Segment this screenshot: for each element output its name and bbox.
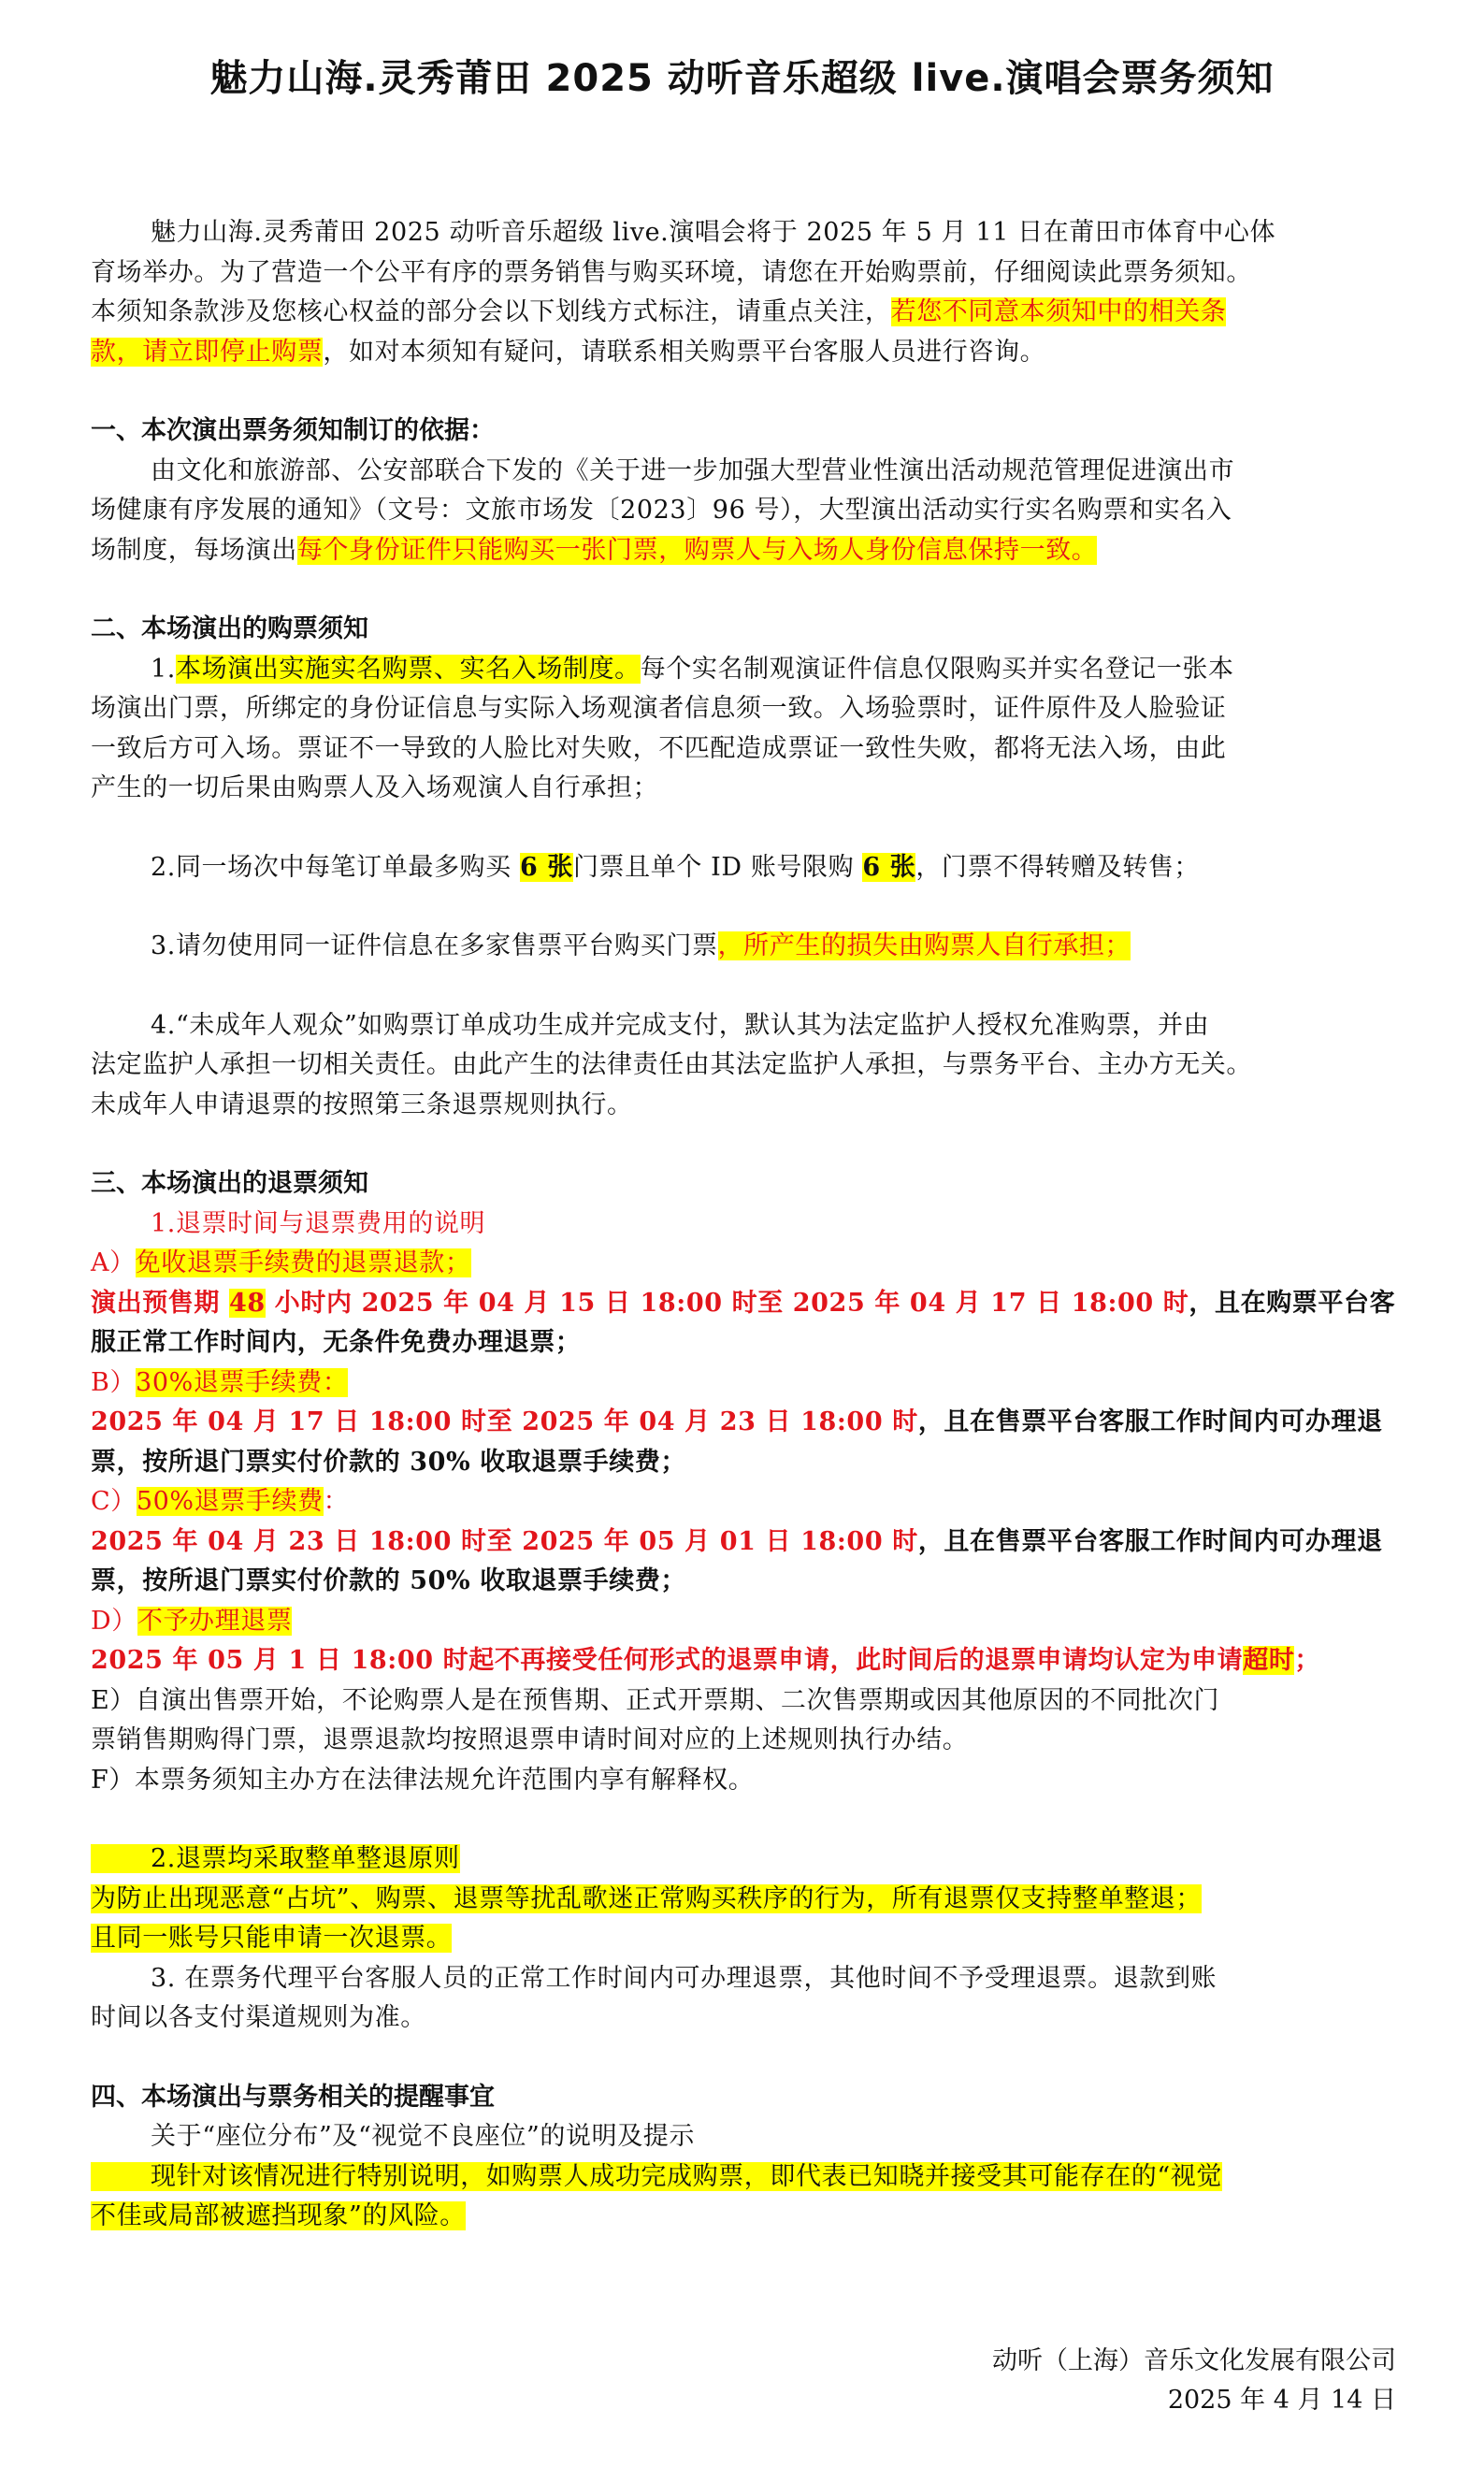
rule-period: 演出预售期 xyxy=(91,1289,229,1318)
rule-text: ，且在售票平台客服工作时间内可办理退 xyxy=(918,1407,1383,1436)
item-1-line-4: 产生的一切后果由购票人及入场观演人自行承担； xyxy=(91,769,1396,809)
rule-c-title: C）50%退票手续费： xyxy=(91,1482,1396,1522)
document-body: 魅力山海.灵秀莆田 2025 动听音乐超级 live.演唱会将于 2025 年 … xyxy=(91,0,1396,2237)
rule-e-line-2: 票销售期购得门票，退票退款均按照退票申请时间对应的上述规则执行办结。 xyxy=(91,1721,1396,1761)
item-1-line-2: 场演出门票，所绑定的身份证信息与实际入场观演者信息须一致。入场验票时，证件原件及… xyxy=(91,689,1396,729)
seating-warning: 不佳或局部被遮挡现象”的风险。 xyxy=(91,2201,466,2230)
highlighted-rule: 每个身份证件只能购买一张门票，购票人与入场人身份信息保持一致。 xyxy=(297,536,1098,565)
section-1-heading: 一、本次演出票务须知制订的依据： xyxy=(91,411,1396,452)
section-2: 二、本场演出的购票须知 1.本场演出实施实名购票、实名入场制度。每个实名制观演证… xyxy=(91,610,1396,1125)
refund-sub3-line-2: 时间以各支付渠道规则为准。 xyxy=(91,1998,1396,2039)
ticket-limit-highlight: 6 张 xyxy=(520,853,573,882)
seating-note-line-1: 现针对该情况进行特别说明，如购票人成功完成购票，即代表已知晓并接受其可能存在的“… xyxy=(91,2157,1396,2198)
rule-text: ，且在购票平台客 xyxy=(1189,1289,1395,1318)
seating-note-title: 关于“座位分布”及“视觉不良座位”的说明及提示 xyxy=(91,2117,1396,2157)
rule-b-line-2: 票，按所退门票实付价款的 30% 收取退票手续费； xyxy=(91,1443,1396,1483)
rule-f: F）本票务须知主办方在法律法规允许范围内享有解释权。 xyxy=(91,1761,1396,1801)
whole-order-line-1: 为防止出现恶意“占坑”、购票、退票等扰乱歌迷正常购买秩序的行为，所有退票仅支持整… xyxy=(91,1880,1396,1920)
section-1: 一、本次演出票务须知制订的依据： 由文化和旅游部、公安部联合下发的《关于进一步加… xyxy=(91,411,1396,570)
highlighted-warning: 款，请立即停止购票 xyxy=(91,338,323,367)
highlighted-rule: 本场演出实施实名购票、实名入场制度。 xyxy=(176,655,641,684)
item-text: 门票且单个 ID 账号限购 xyxy=(573,853,862,882)
rule-period: 小时内 2025 年 04 月 15 日 18:00 时至 2025 年 04 … xyxy=(266,1289,1189,1318)
section-3: 三、本场演出的退票须知 1.退票时间与退票费用的说明 A）免收退票手续费的退票退… xyxy=(91,1164,1396,2039)
item-4-line-2: 法定监护人承担一切相关责任。由此产生的法律责任由其法定监护人承担，与票务平台、主… xyxy=(91,1046,1396,1086)
rule-title-tail: ： xyxy=(324,1487,350,1516)
rule-title-highlight: 不予办理退票 xyxy=(137,1607,293,1636)
rule-title-highlight: 50%退票手续费 xyxy=(137,1487,324,1516)
item-text: 3.请勿使用同一证件信息在多家售票平台购买门票 xyxy=(151,931,718,960)
item-1-line-3: 一致后方可入场。票证不一导致的人脸比对失败，不匹配造成票证一致性失败，都将无法入… xyxy=(91,729,1396,770)
section-3-heading: 三、本场演出的退票须知 xyxy=(91,1164,1396,1205)
item-3: 3.请勿使用同一证件信息在多家售票平台购买门票，所产生的损失由购票人自行承担； xyxy=(91,927,1396,967)
intro-line-3: 本须知条款涉及您核心权益的部分会以下划线方式标注，请重点关注，若您不同意本须知中… xyxy=(91,293,1396,333)
section-1-text: 场制度，每场演出 xyxy=(91,536,297,565)
rule-text: ，且在售票平台客服工作时间内可办理退 xyxy=(918,1527,1383,1556)
item-number: 1. xyxy=(151,655,176,684)
item-4-line-1: 4.“未成年人观众”如购票订单成功生成并完成支付，默认其为法定监护人授权允准购票… xyxy=(91,1006,1396,1046)
rule-period: 2025 年 04 月 17 日 18:00 时至 2025 年 04 月 23… xyxy=(91,1407,918,1436)
refund-subheading-1: 1.退票时间与退票费用的说明 xyxy=(91,1205,1396,1245)
item-text: 2.同一场次中每笔订单最多购买 xyxy=(151,853,520,882)
presale-hours-highlight: 48 xyxy=(229,1289,266,1318)
item-text: ，门票不得转赠及转售； xyxy=(915,853,1200,882)
refund-subheading-2: 2.退票均采取整单整退原则 xyxy=(91,1839,1396,1880)
refund-sub3-line-1: 3. 在票务代理平台客服人员的正常工作时间内可办理退票，其他时间不予受理退票。退… xyxy=(91,1959,1396,1999)
intro-line-4: 款，请立即停止购票，如对本须知有疑问，请联系相关购票平台客服人员进行咨询。 xyxy=(91,333,1396,373)
intro-line-1: 魅力山海.灵秀莆田 2025 动听音乐超级 live.演唱会将于 2025 年 … xyxy=(91,213,1396,253)
rule-label: C） xyxy=(91,1487,137,1516)
seating-warning: 现针对该情况进行特别说明，如购票人成功完成购票，即代表已知晓并接受其可能存在的“… xyxy=(91,2162,1222,2191)
rule-period: 2025 年 05 月 1 日 18:00 时起不再接受任何形式的退票申请，此时… xyxy=(91,1646,1243,1675)
rule-text: ； xyxy=(1294,1646,1320,1675)
timeout-highlight: 超时 xyxy=(1243,1646,1294,1675)
highlighted-warning: 若您不同意本须知中的相关条 xyxy=(891,297,1227,326)
signature-company: 动听（上海）音乐文化发展有限公司 xyxy=(992,2342,1396,2381)
seating-note-line-2: 不佳或局部被遮挡现象”的风险。 xyxy=(91,2197,1396,2237)
section-1-line-1: 由文化和旅游部、公安部联合下发的《关于进一步加强大型营业性演出活动规范管理促进演… xyxy=(91,452,1396,492)
rule-title-highlight: 免收退票手续费的退票退款； xyxy=(136,1248,471,1277)
section-2-heading: 二、本场演出的购票须知 xyxy=(91,610,1396,650)
signature-date: 2025 年 4 月 14 日 xyxy=(1168,2381,1396,2420)
rule-period: 2025 年 04 月 23 日 18:00 时至 2025 年 05 月 01… xyxy=(91,1527,918,1556)
rule-b-title: B）30%退票手续费： xyxy=(91,1363,1396,1404)
rule-a-title: A）免收退票手续费的退票退款； xyxy=(91,1244,1396,1284)
intro-text: ，如对本须知有疑问，请联系相关购票平台客服人员进行咨询。 xyxy=(323,338,1045,367)
intro-text: 本须知条款涉及您核心权益的部分会以下划线方式标注，请重点关注， xyxy=(91,297,891,326)
section-4-heading: 四、本场演出与票务相关的提醒事宜 xyxy=(91,2078,1396,2118)
rule-d-line-1: 2025 年 05 月 1 日 18:00 时起不再接受任何形式的退票申请，此时… xyxy=(91,1641,1396,1681)
rule-e-line-1: E）自演出售票开始，不论购票人是在预售期、正式开票期、二次售票期或因其他原因的不… xyxy=(91,1681,1396,1722)
rule-label: D） xyxy=(91,1607,137,1636)
intro-line-2: 育场举办。为了营造一个公平有序的票务销售与购买环境，请您在开始购票前，仔细阅读此… xyxy=(91,253,1396,294)
rule-title-highlight: 30%退票手续费： xyxy=(136,1368,348,1397)
whole-order-line-2: 且同一账号只能申请一次退票。 xyxy=(91,1919,1396,1959)
rule-d-title: D）不予办理退票 xyxy=(91,1602,1396,1642)
intro-paragraph: 魅力山海.灵秀莆田 2025 动听音乐超级 live.演唱会将于 2025 年 … xyxy=(91,213,1396,372)
item-text: 每个实名制观演证件信息仅限购买并实名登记一张本 xyxy=(641,655,1234,684)
rule-a-line-1: 演出预售期 48 小时内 2025 年 04 月 15 日 18:00 时至 2… xyxy=(91,1284,1396,1324)
rule-c-line-1: 2025 年 04 月 23 日 18:00 时至 2025 年 05 月 01… xyxy=(91,1522,1396,1563)
whole-order-refund-title: 2.退票均采取整单整退原则 xyxy=(91,1844,460,1873)
account-limit-highlight: 6 张 xyxy=(862,853,915,882)
section-1-line-3: 场制度，每场演出每个身份证件只能购买一张门票，购票人与入场人身份信息保持一致。 xyxy=(91,531,1396,571)
item-1-line-1: 1.本场演出实施实名购票、实名入场制度。每个实名制观演证件信息仅限购买并实名登记… xyxy=(91,650,1396,690)
item-4-line-3: 未成年人申请退票的按照第三条退票规则执行。 xyxy=(91,1086,1396,1126)
rule-a-line-2: 服正常工作时间内，无条件免费办理退票； xyxy=(91,1323,1396,1363)
section-1-line-2: 场健康有序发展的通知》（文号：文旅市场发〔2023〕96 号），大型演出活动实行… xyxy=(91,491,1396,531)
section-4: 四、本场演出与票务相关的提醒事宜 关于“座位分布”及“视觉不良座位”的说明及提示… xyxy=(91,2078,1396,2237)
item-2: 2.同一场次中每笔订单最多购买 6 张门票且单个 ID 账号限购 6 张，门票不… xyxy=(91,848,1396,888)
rule-label: A） xyxy=(91,1248,136,1277)
rule-c-line-2: 票，按所退门票实付价款的 50% 收取退票手续费； xyxy=(91,1562,1396,1602)
highlighted-warning: ，所产生的损失由购票人自行承担； xyxy=(718,931,1131,960)
rule-label: B） xyxy=(91,1368,136,1397)
whole-order-rule: 为防止出现恶意“占坑”、购票、退票等扰乱歌迷正常购买秩序的行为，所有退票仅支持整… xyxy=(91,1884,1202,1913)
rule-b-line-1: 2025 年 04 月 17 日 18:00 时至 2025 年 04 月 23… xyxy=(91,1403,1396,1443)
whole-order-rule: 且同一账号只能申请一次退票。 xyxy=(91,1924,452,1953)
